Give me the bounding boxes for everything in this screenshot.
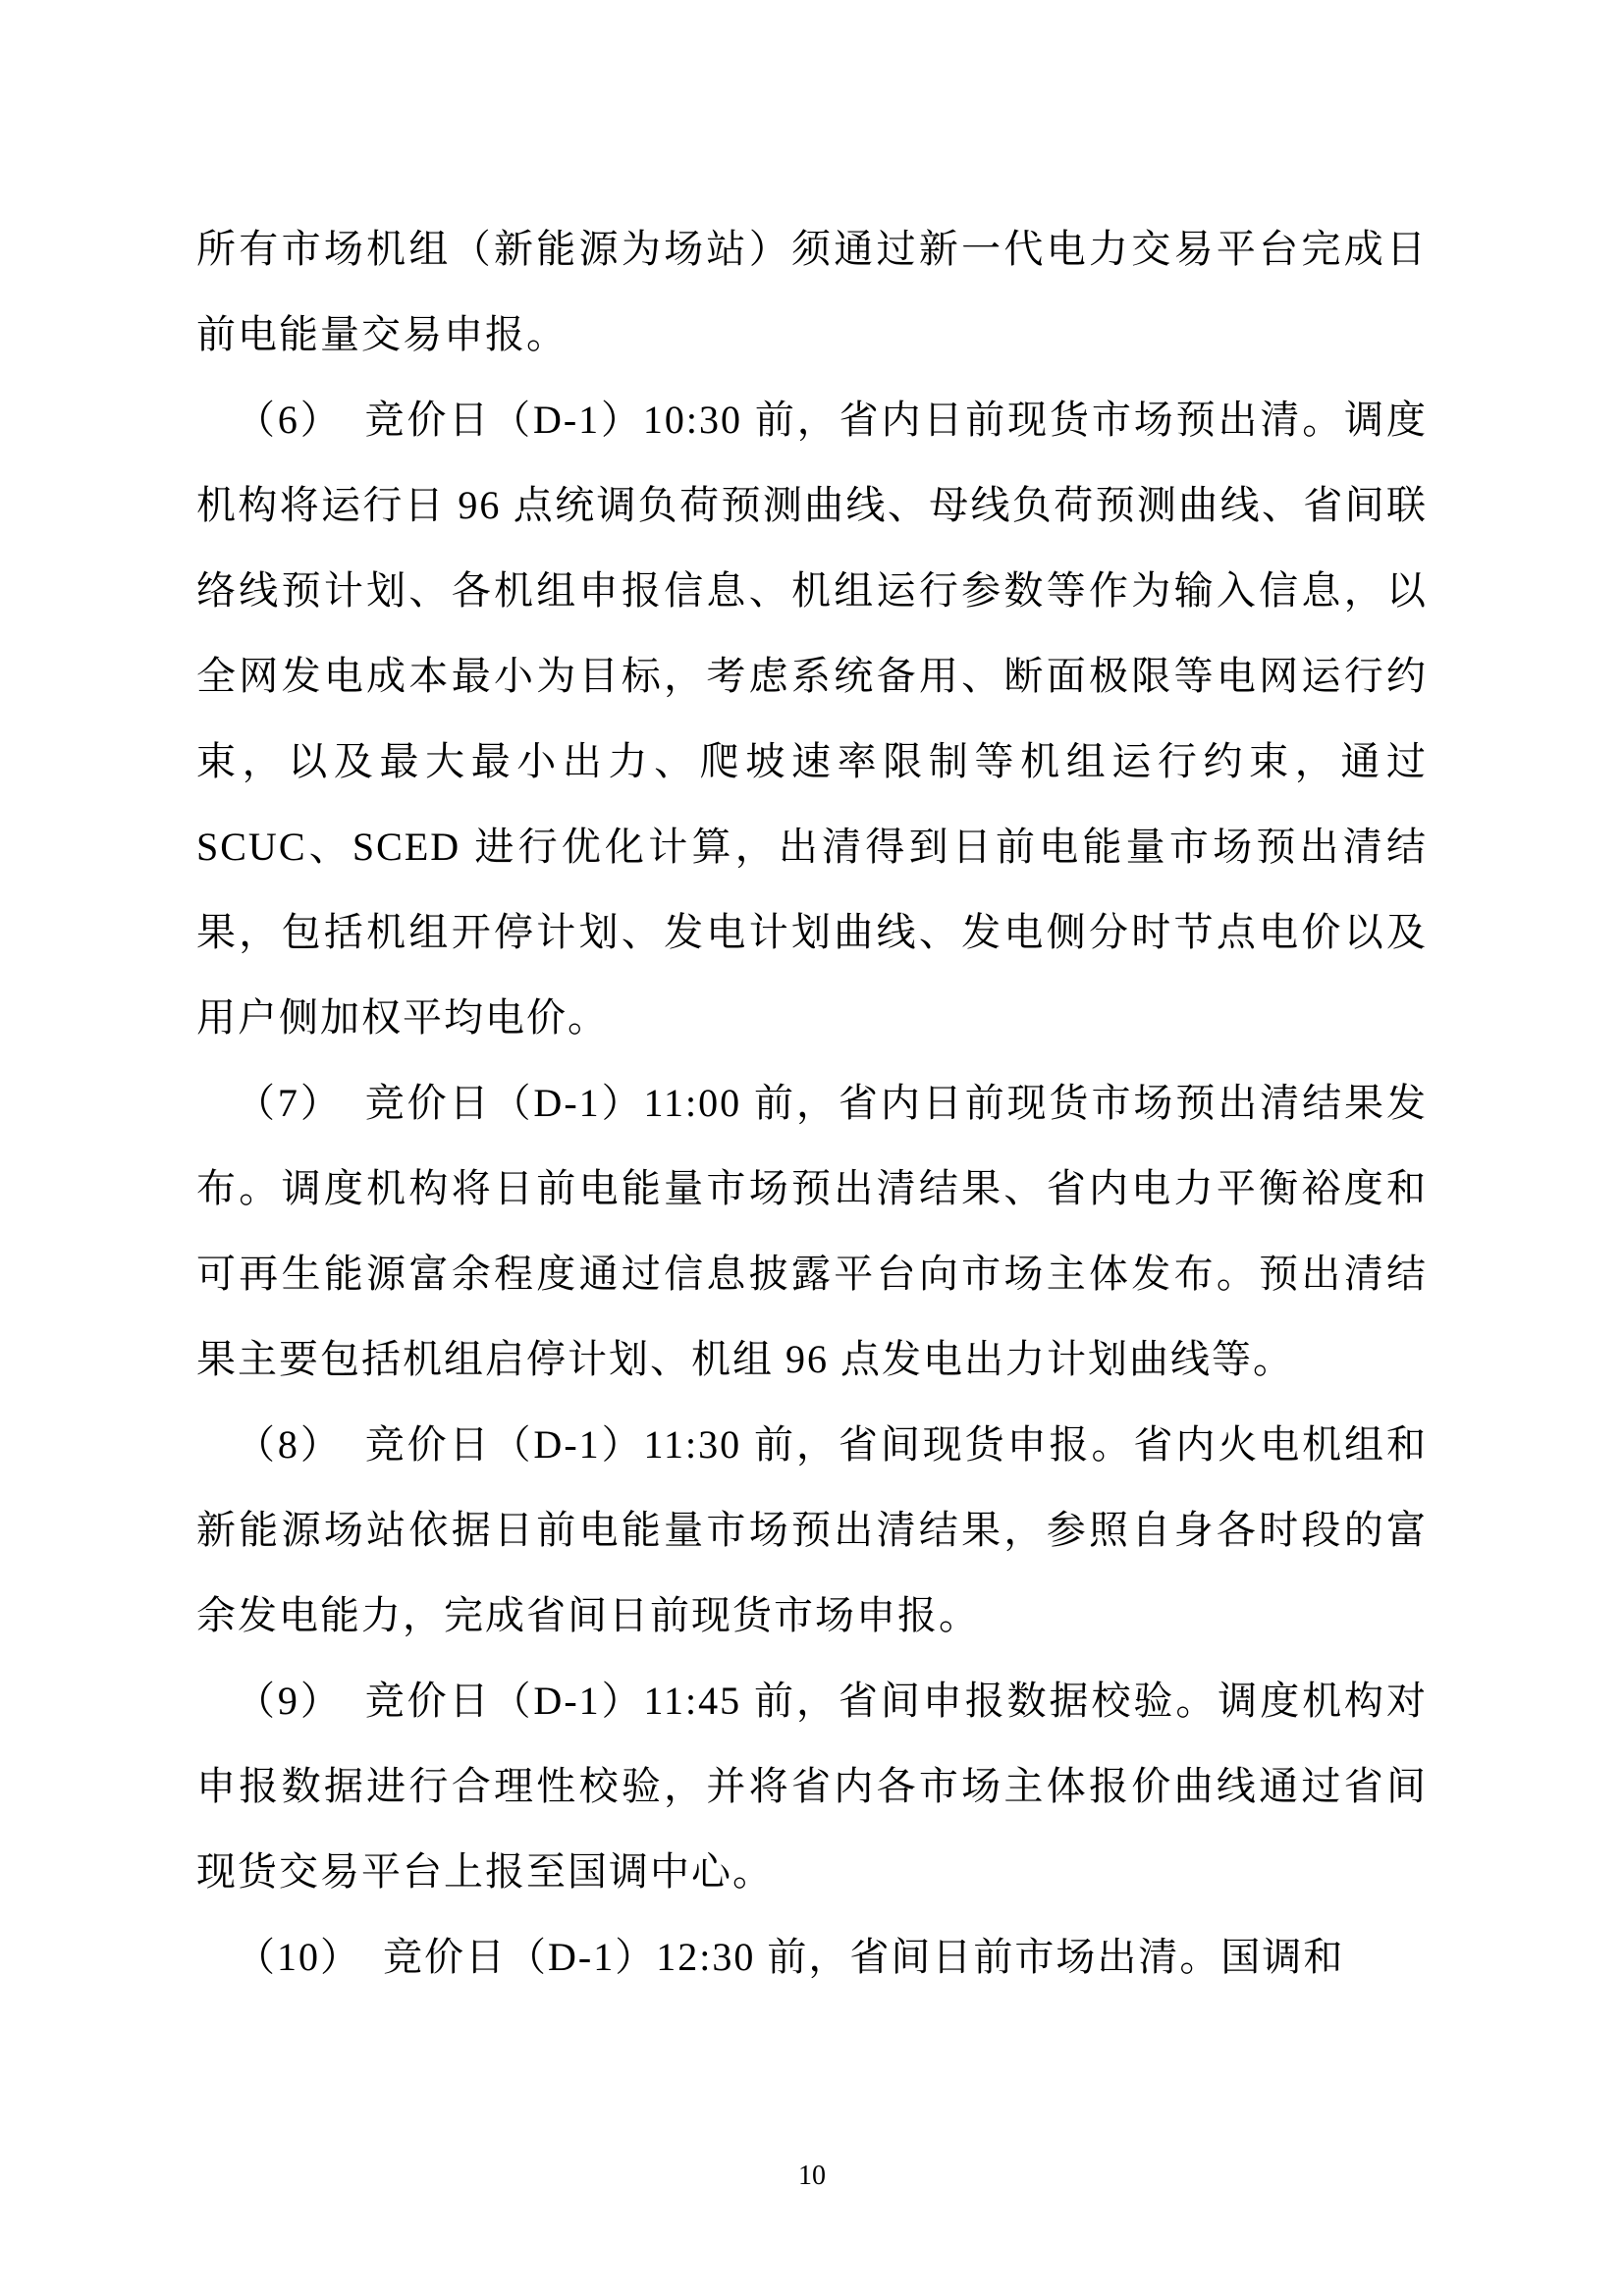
- paragraph-item-10: （10） 竞价日（D-1）12:30 前，省间日前市场出清。国调和: [196, 1914, 1428, 2000]
- paragraph-item-8: （8） 竞价日（D-1）11:30 前，省间现货申报。省内火电机组和新能源场站依…: [196, 1402, 1428, 1658]
- document-page: 所有市场机组（新能源为场站）须通过新一代电力交易平台完成日前电能量交易申报。 （…: [0, 0, 1624, 2296]
- page-number: 10: [0, 2160, 1624, 2193]
- paragraph-item-9: （9） 竞价日（D-1）11:45 前，省间申报数据校验。调度机构对申报数据进行…: [196, 1658, 1428, 1914]
- paragraph-item-6: （6） 竞价日（D-1）10:30 前，省内日前现货市场预出清。调度机构将运行日…: [196, 377, 1428, 1060]
- paragraph-continuation: 所有市场机组（新能源为场站）须通过新一代电力交易平台完成日前电能量交易申报。: [196, 206, 1428, 377]
- paragraph-item-7: （7） 竞价日（D-1）11:00 前，省内日前现货市场预出清结果发布。调度机构…: [196, 1060, 1428, 1402]
- document-body: 所有市场机组（新能源为场站）须通过新一代电力交易平台完成日前电能量交易申报。 （…: [196, 206, 1428, 2000]
